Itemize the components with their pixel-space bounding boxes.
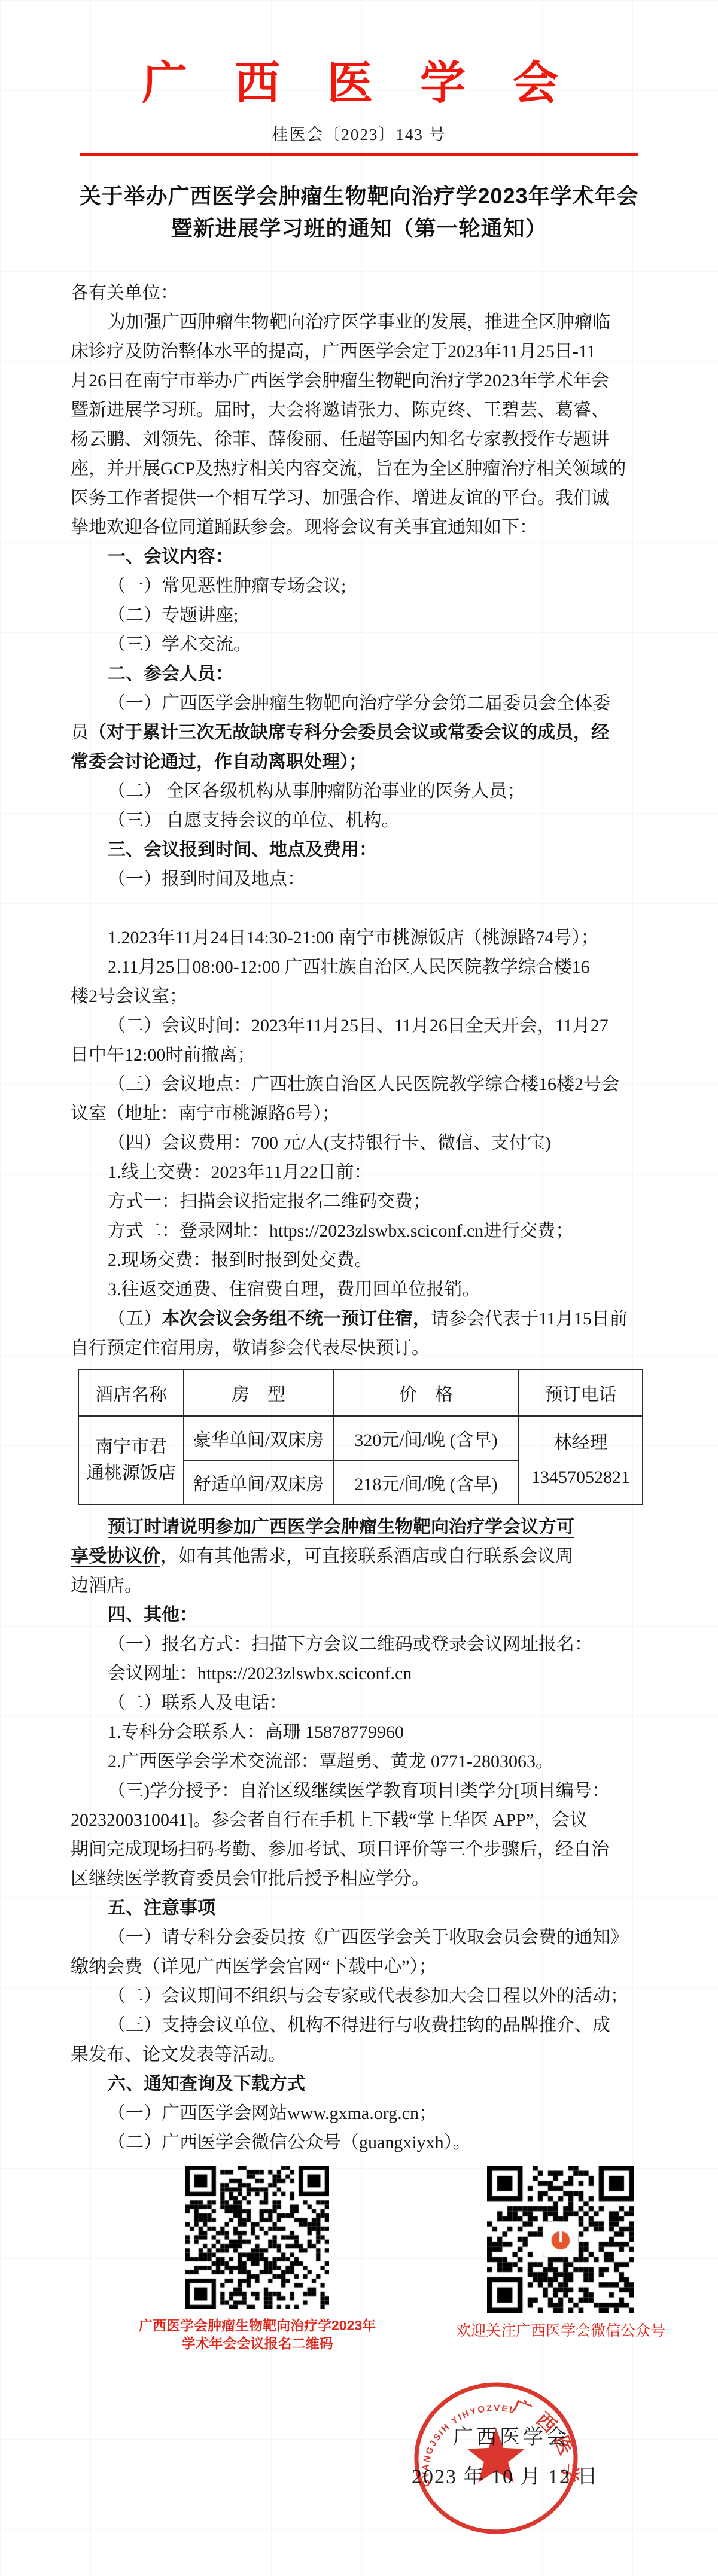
body-line: 日中午12:00时前撤离； (71, 1040, 647, 1070)
notice-title-line2: 暨新进展学习班的通知（第一轮通知） (0, 212, 718, 245)
body-line: （三）学术交流。 (71, 630, 647, 659)
body-line: 三、会议报到时间、地点及费用： (71, 835, 647, 864)
body-line: 享受协议价，如有其他需求，可直接联系酒店或自行联系会议周 (71, 1542, 647, 1571)
body-line: （一）请专科分会委员按《广西医学会关于收取会员会费的通知》 (71, 1923, 647, 1952)
body-line: 一、会议内容： (71, 542, 647, 571)
body-line: 1.2023年11月24日14:30-21:00 南宁市桃源饭店（桃源路74号）… (71, 923, 647, 952)
col-header-room: 房 型 (184, 1369, 333, 1416)
header-divider (80, 153, 638, 156)
room-type-cell: 舒适单间/双床房 (184, 1460, 333, 1505)
body-line: 1.专科分会联系人：高珊 15878779960 (71, 1718, 647, 1747)
body-line: 员（对于累计三次无故缺席专科分会委员会议或常委会议的成员，经 (71, 718, 647, 747)
body-line: （三） 自愿支持会议的单位、机构。 (71, 806, 647, 835)
registration-qr-caption-line2: 学术年会会议报名二维码 (139, 2334, 376, 2352)
body-line: （一）广西医学会肿瘤生物靶向治疗学分会第二届委员会全体委 (71, 689, 647, 718)
body-line: 方式一：扫描会议指定报名二维码交费； (71, 1187, 647, 1216)
body-line (71, 894, 647, 923)
body-line: （一）报到时间及地点： (71, 864, 647, 894)
body-line: 座，并开展GCP及热疗相关内容交流，旨在为全区肿瘤治疗相关领域的 (71, 454, 647, 483)
notice-title-line1: 关于举办广西医学会肿瘤生物靶向治疗学2023年学术年会 (0, 180, 718, 212)
seal-star-icon (467, 2428, 525, 2483)
body-line: 医务工作者提供一个相互学习、加强合作、增进友谊的平台。我们诚 (71, 483, 647, 513)
body-line: （五）本次会议会务组不统一预订住宿，请参会代表于11月15日前 (71, 1304, 647, 1333)
col-header-hotel: 酒店名称 (78, 1369, 184, 1416)
body-line: 会议网址：https://2023zlswbx.sciconf.cn (71, 1659, 647, 1688)
body-line: （二）广西医学会微信公众号（guangxiyxh）。 (71, 2128, 647, 2157)
body-line: 暨新进展学习班。届时，大会将邀请张力、陈克终、王碧芸、葛睿、 (71, 395, 647, 425)
body-line: 各有关单位： (71, 278, 647, 307)
body-line: 期间完成现场扫码考勤、参加考试、项目评价等三个步骤后，经自治 (71, 1835, 647, 1864)
body-line: 边酒店。 (71, 1571, 647, 1600)
notice-document: 广 西 医 学 会 桂医会〔2023〕143 号 关于举办广西医学会肿瘤生物靶向… (0, 0, 718, 2576)
body-line: （三)学分授予：自治区级继续医学教育项目Ⅰ类学分[项目编号： (71, 1776, 647, 1805)
body-line: 2.现场交费：报到时报到处交费。 (71, 1246, 647, 1275)
signature-area: 广西医学会 2023 年 10 月 12 日 GVANGJSIH YIHYOZV… (0, 2356, 718, 2548)
body-line: 挚地欢迎各位同道踊跃参会。现将会议有关事宜通知如下： (71, 513, 647, 542)
body-line: 议室（地址：南宁市桃源路6号）； (71, 1099, 647, 1128)
body-line: 2.广西医学会学术交流部：覃超勇、黄龙 0771-2803063。 (71, 1747, 647, 1776)
body-line: 常委会讨论通过，作自动离职处理）； (71, 747, 647, 777)
body-line: 1.线上交费：2023年11月22日前： (71, 1158, 647, 1187)
room-price-cell: 218元/间/晚 (含早) (333, 1460, 519, 1505)
hotel-name-line2: 通桃源饭店 (79, 1460, 183, 1487)
body-line: 床诊疗及防治整体水平的提高，广西医学会定于2023年11月25日-11 (71, 337, 647, 366)
body-line: 预订时请说明参加广西医学会肿瘤生物靶向治疗学会议方可 (71, 1512, 647, 1542)
room-price-cell: 320元/间/晚 (含早) (333, 1416, 519, 1460)
body-line: 杨云鹏、刘领先、徐菲、薛俊丽、任超等国内知名专家教授作专题讲 (71, 425, 647, 454)
body-line: 缴纳会费（详见广西医学会官网“下载中心”）； (71, 1952, 647, 1981)
body-line: 果发布、论文发表等活动。 (71, 2040, 647, 2069)
body-line: （二）联系人及电话： (71, 1688, 647, 1718)
org-title: 广 西 医 学 会 (0, 60, 718, 108)
body-line: 3.往返交通费、住宿费自理，费用回单位报销。 (71, 1275, 647, 1304)
body-line: 方式二：登录网址：https://2023zlswbx.sciconf.cn进行… (71, 1216, 647, 1246)
table-header-row: 酒店名称 房 型 价 格 预订电话 (78, 1369, 643, 1416)
body-line: 五、注意事项 (71, 1893, 647, 1923)
body-line: （二） 全区各级机构从事肿瘤防治事业的医务人员； (71, 777, 647, 806)
doc-number: 桂医会〔2023〕143 号 (0, 124, 718, 145)
notice-body-part1: 各有关单位：为加强广西肿瘤生物靶向治疗医学事业的发展，推进全区肿瘤临床诊疗及防治… (0, 278, 718, 1363)
body-line: （三）支持会议单位、机构不得进行与收费挂钩的品牌推介、成 (71, 2011, 647, 2040)
hotel-table: 酒店名称 房 型 价 格 预订电话 南宁市君 通桃源饭店 豪华单间/双床房 32… (78, 1369, 643, 1505)
body-line: （一）常见恶性肿瘤专场会议; (71, 571, 647, 601)
body-line: 自行预定住宿用房，敬请参会代表尽快预订。 (71, 1333, 647, 1363)
notice-title: 关于举办广西医学会肿瘤生物靶向治疗学2023年学术年会 暨新进展学习班的通知（第… (0, 180, 718, 245)
col-header-price: 价 格 (333, 1369, 519, 1416)
body-line: 2.11月25日08:00-12:00 广西壮族自治区人民医院教学综合楼16 (71, 952, 647, 982)
body-line: （二）会议期间不组织与会专家或代表参加大会日程以外的活动； (71, 1981, 647, 2011)
body-line: 六、通知查询及下载方式 (71, 2069, 647, 2099)
registration-qr-caption-line1: 广西医学会肿瘤生物靶向治疗学2023年 (139, 2316, 376, 2334)
table-row: 南宁市君 通桃源饭店 豪华单间/双床房 320元/间/晚 (含早) 林经理 13… (78, 1416, 643, 1460)
registration-qr-code (185, 2166, 329, 2309)
qr-code-section: 广西医学会肿瘤生物靶向治疗学2023年 学术年会会议报名二维码 欢迎关注广西医学… (0, 2166, 718, 2352)
wechat-qr-code (487, 2166, 634, 2313)
body-line: （一）报名方式：扫描下方会议二维码或登录会议网址报名： (71, 1630, 647, 1659)
registration-qr-caption: 广西医学会肿瘤生物靶向治疗学2023年 学术年会会议报名二维码 (139, 2316, 376, 2352)
contact-phone: 13457052821 (519, 1460, 642, 1495)
booking-contact-cell: 林经理 13457052821 (519, 1416, 643, 1505)
notice-body-part2: 预订时请说明参加广西医学会肿瘤生物靶向治疗学会议方可享受协议价，如有其他需求，可… (0, 1512, 718, 2157)
body-line: 区继续医学教育委员会审批后授予相应学分。 (71, 1864, 647, 1893)
body-line: 月26日在南宁市举办广西医学会肿瘤生物靶向治疗学2023年学术年会 (71, 366, 647, 395)
hotel-name-line1: 南宁市君 (79, 1434, 183, 1460)
body-line: 二、参会人员： (71, 659, 647, 689)
body-line: （三）会议地点：广西壮族自治区人民医院教学综合楼16楼2号会 (71, 1070, 647, 1099)
wechat-qr-block: 欢迎关注广西医学会微信公众号 (456, 2166, 665, 2340)
col-header-phone: 预订电话 (519, 1369, 643, 1416)
body-line: （二）会议时间：2023年11月25日、11月26日全天开会，11月27 (71, 1011, 647, 1040)
body-line: 2023200310041]。参会者自行在手机上下载“掌上华医 APP”，会议 (71, 1805, 647, 1835)
body-line: 为加强广西肿瘤生物靶向治疗医学事业的发展，推进全区肿瘤临 (71, 307, 647, 337)
body-line: 楼2号会议室； (71, 982, 647, 1011)
registration-qr-block: 广西医学会肿瘤生物靶向治疗学2023年 学术年会会议报名二维码 (139, 2166, 376, 2352)
hotel-name-cell: 南宁市君 通桃源饭店 (78, 1416, 184, 1505)
wechat-qr-caption: 欢迎关注广西医学会微信公众号 (456, 2322, 665, 2340)
room-type-cell: 豪华单间/双床房 (184, 1416, 333, 1460)
body-line: （二）专题讲座; (71, 601, 647, 630)
body-line: （一）广西医学会网站www.gxma.org.cn； (71, 2099, 647, 2128)
official-seal-icon: GVANGJSIH YIHYOZVEI 广西医学会 (410, 2381, 582, 2535)
body-line: 四、其他： (71, 1600, 647, 1630)
contact-name: 林经理 (519, 1426, 642, 1460)
body-line: （四）会议费用：700 元/人(支持银行卡、微信、支付宝) (71, 1128, 647, 1158)
